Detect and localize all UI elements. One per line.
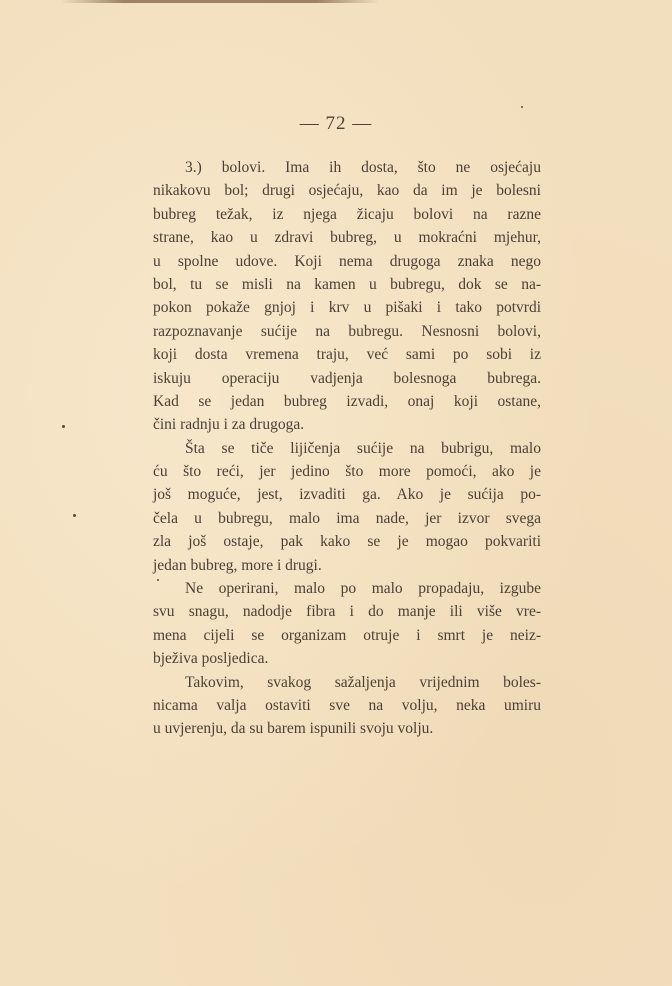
text-line: mena cijeli se organizam otruje i smrt j… — [153, 624, 541, 647]
text-line: u spolne udove. Koji nema drugoga znaka … — [153, 250, 541, 273]
text-line: Takovim, svakog sažaljenja vrijednim bol… — [153, 671, 541, 694]
text-line: čela u bubregu, malo ima nade, jer izvor… — [153, 507, 541, 530]
page-number: — 72 — — [0, 113, 672, 135]
text-line: razpoznavanje sućije na bubregu. Nesnosn… — [153, 320, 541, 343]
text-line: bubreg težak, iz njega žicaju bolovi na … — [153, 203, 541, 226]
margin-ink-mark — [521, 106, 523, 108]
text-line: jedan bubreg, more i drugi. — [153, 554, 541, 577]
margin-ink-mark — [62, 425, 65, 428]
text-line: ću što reći, jer jedino što more pomoći,… — [153, 460, 541, 483]
book-page: — 72 — 3.) bolovi. Ima ih dosta, što ne … — [0, 0, 672, 986]
margin-ink-mark — [157, 579, 159, 581]
text-line: bježiva posljedica. — [153, 647, 541, 670]
body-text: 3.) bolovi. Ima ih dosta, što ne osjećaj… — [153, 156, 541, 741]
text-line: zla još ostaje, pak kako se je mogao pok… — [153, 530, 541, 553]
text-line: Ne operirani, malo po malo propadaju, iz… — [153, 577, 541, 600]
text-line: 3.) bolovi. Ima ih dosta, što ne osjećaj… — [153, 156, 541, 179]
text-line: strane, kao u zdravi bubreg, u mokraćni … — [153, 226, 541, 249]
text-line: iskuju operaciju vadjenja bolesnoga bubr… — [153, 367, 541, 390]
margin-ink-mark — [73, 514, 76, 517]
text-line: nicama valja ostaviti sve na volju, neka… — [153, 694, 541, 717]
text-line: svu snagu, nadodje fibra i do manje ili … — [153, 600, 541, 623]
text-line: čini radnju i za drugoga. — [153, 413, 541, 436]
text-line: pokon pokaže gnjoj i krv u pišaki i tako… — [153, 296, 541, 319]
page-top-edge-shadow — [60, 0, 380, 3]
text-line: još moguće, jest, izvaditi ga. Ako je su… — [153, 483, 541, 506]
text-line: nikakovu bol; drugi osjećaju, kao da im … — [153, 179, 541, 202]
text-line: Šta se tiče lijičenja sućije na bubrigu,… — [153, 437, 541, 460]
text-line: bol, tu se misli na kamen u bubregu, dok… — [153, 273, 541, 296]
text-line: koji dosta vremena traju, već sami po so… — [153, 343, 541, 366]
text-line: u uvjerenju, da su barem ispunili svoju … — [153, 717, 541, 740]
text-line: Kad se jedan bubreg izvadi, onaj koji os… — [153, 390, 541, 413]
